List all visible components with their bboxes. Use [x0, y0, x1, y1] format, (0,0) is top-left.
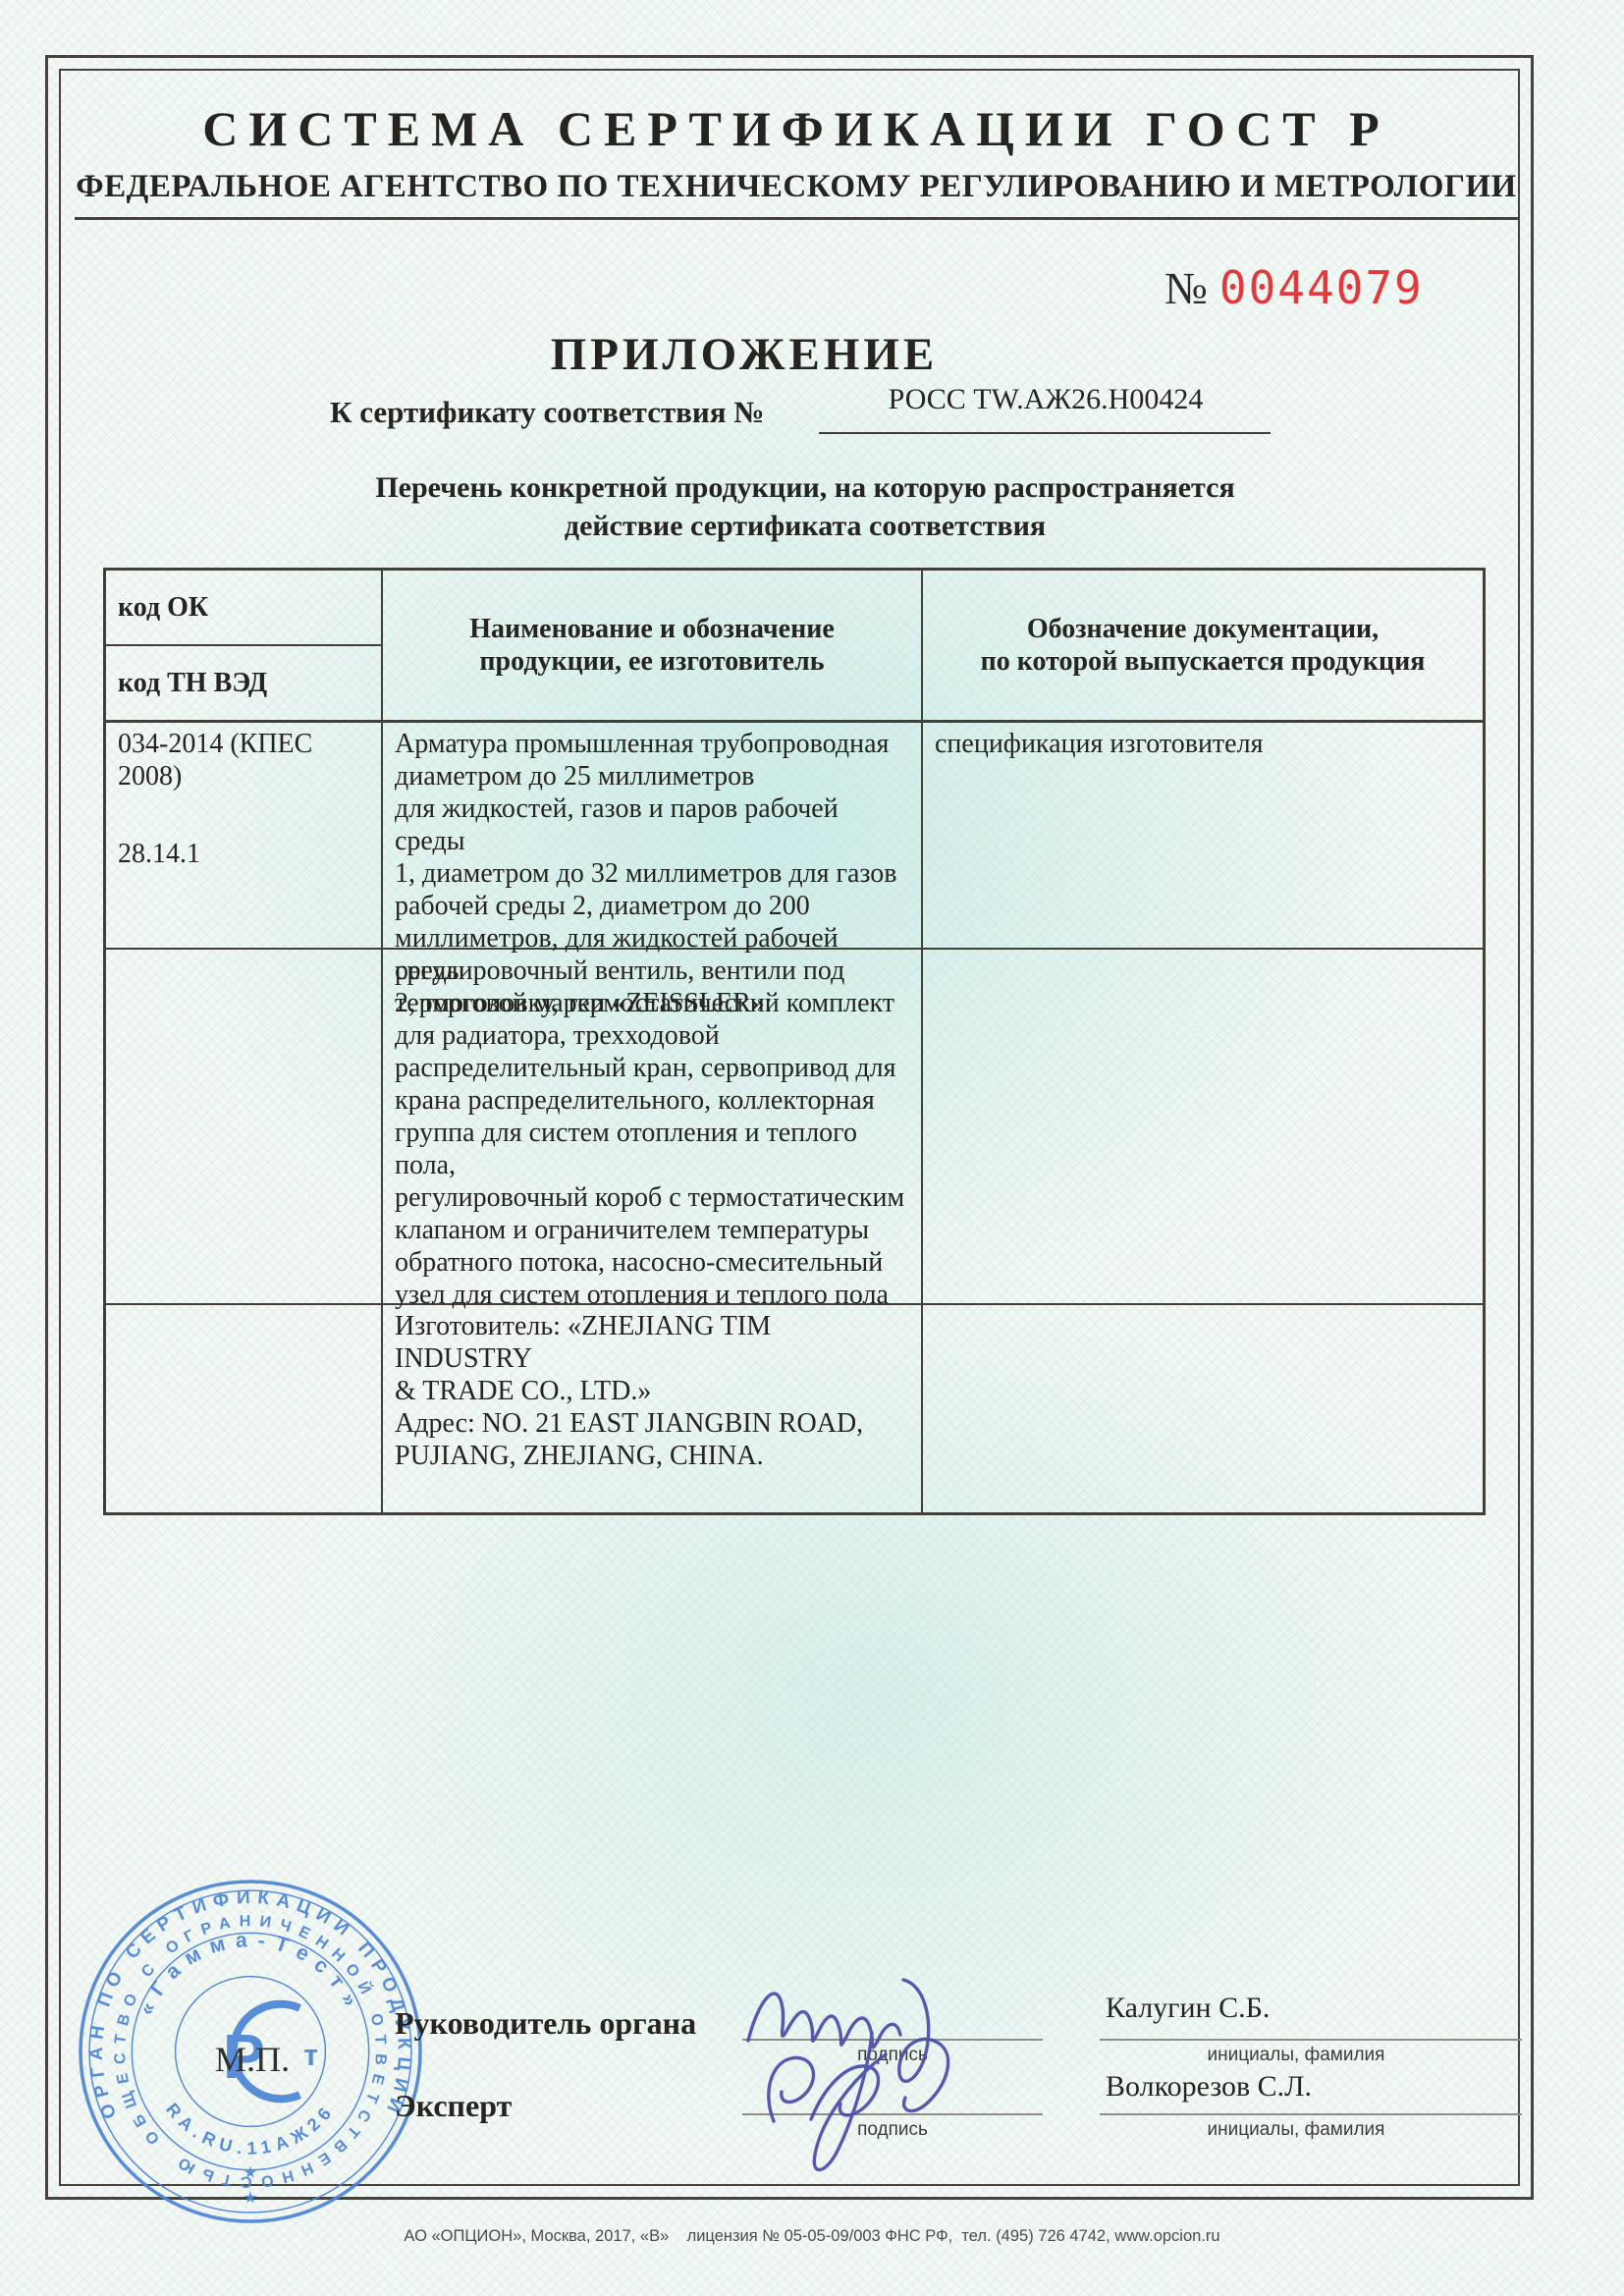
certification-stamp: ОРГАН ПО СЕРТИФИКАЦИИ ПРОДУКЦИИ ОБЩЕСТВО… — [75, 1876, 426, 2227]
table-row-3-documentation — [923, 1305, 1483, 1512]
table-row-3-product: Изготовитель: «ZHEJIANG TIM INDUSTRY & T… — [383, 1305, 923, 1512]
svg-text:RA.RU.11АЖ26: RA.RU.11АЖ26 — [162, 2100, 339, 2159]
agency-subtitle: ФЕДЕРАЛЬНОЕ АГЕНТСТВО ПО ТЕХНИЧЕСКОМУ РЕ… — [39, 169, 1553, 205]
table-header-codes: код ОК код ТН ВЭД — [106, 571, 383, 723]
head-of-body-label: Руководитель органа — [395, 2005, 696, 2042]
product-table: код ОК код ТН ВЭД Наименование и обознач… — [103, 568, 1486, 1515]
purpose-line-1: Перечень конкретной продукции, на котору… — [20, 468, 1591, 507]
table-header-product: Наименование и обозначение продукции, ее… — [383, 571, 923, 723]
expert-name-caption: инициалы, фамилия — [1100, 2119, 1492, 2141]
header-divider — [75, 217, 1518, 220]
stamp-place-mark: М.П. — [215, 2040, 290, 2079]
header-ok-code: код ОК — [106, 571, 381, 646]
head-signature-caption: подпись — [742, 2045, 1043, 2066]
table-row-1-documentation: спецификация изготовителя — [923, 723, 1483, 950]
printer-imprint: АО «ОПЦИОН», Москва, 2017, «В» лицензия … — [0, 2227, 1624, 2246]
head-signature-line — [742, 2039, 1043, 2041]
table-header-documentation: Обозначение документации, по которой вып… — [923, 571, 1483, 723]
table-row-1-product: Арматура промышленная трубопроводная диа… — [383, 723, 923, 950]
form-number-block: № 0044079 — [1164, 261, 1424, 314]
head-name-line — [1100, 2039, 1522, 2041]
form-number: 0044079 — [1219, 261, 1424, 314]
tnved-code-value: 28.14.1 — [118, 838, 371, 870]
head-name: Калугин С.Б. — [1106, 1992, 1270, 2025]
system-title: СИСТЕМА СЕРТИФИКАЦИИ ГОСТ Р — [59, 100, 1534, 157]
expert-signature-line — [742, 2113, 1043, 2115]
purpose-text: Перечень конкретной продукции, на котору… — [20, 468, 1591, 545]
certificate-ref-label: К сертификату соответствия № — [330, 395, 764, 430]
certificate-appendix-page: СИСТЕМА СЕРТИФИКАЦИИ ГОСТ Р ФЕДЕРАЛЬНОЕ … — [0, 0, 1624, 2296]
stamp-star-icon: ★ — [244, 2164, 257, 2182]
table-row-2-codes — [106, 950, 383, 1305]
appendix-title: ПРИЛОЖЕНИЕ — [0, 328, 1489, 381]
rst-logo-letter-t: т — [303, 2040, 318, 2072]
ok-code-value: 034-2014 (КПЕС 2008) — [118, 728, 371, 793]
expert-label: Эксперт — [395, 2088, 512, 2124]
stamp-reg-number: RA.RU.11АЖ26 — [162, 2100, 339, 2159]
certificate-ref-underline — [819, 432, 1271, 434]
expert-name-line — [1100, 2113, 1522, 2115]
certificate-ref-value: РОСС TW.АЖ26.Н00424 — [821, 383, 1271, 416]
expert-signature-caption: подпись — [742, 2119, 1043, 2141]
table-row-3-codes — [106, 1305, 383, 1512]
expert-name: Волкорезов С.Л. — [1106, 2070, 1312, 2104]
purpose-line-2: действие сертификата соответствия — [20, 507, 1591, 545]
stamp-star-icon: ★ — [244, 2189, 257, 2207]
table-row-1-codes: 034-2014 (КПЕС 2008) 28.14.1 — [106, 723, 383, 950]
head-name-caption: инициалы, фамилия — [1100, 2045, 1492, 2066]
table-row-2-product: регулировочный вентиль, вентили под терм… — [383, 950, 923, 1305]
number-sign: № — [1164, 262, 1208, 314]
table-row-2-documentation — [923, 950, 1483, 1305]
header-tnved-code: код ТН ВЭД — [106, 646, 381, 720]
